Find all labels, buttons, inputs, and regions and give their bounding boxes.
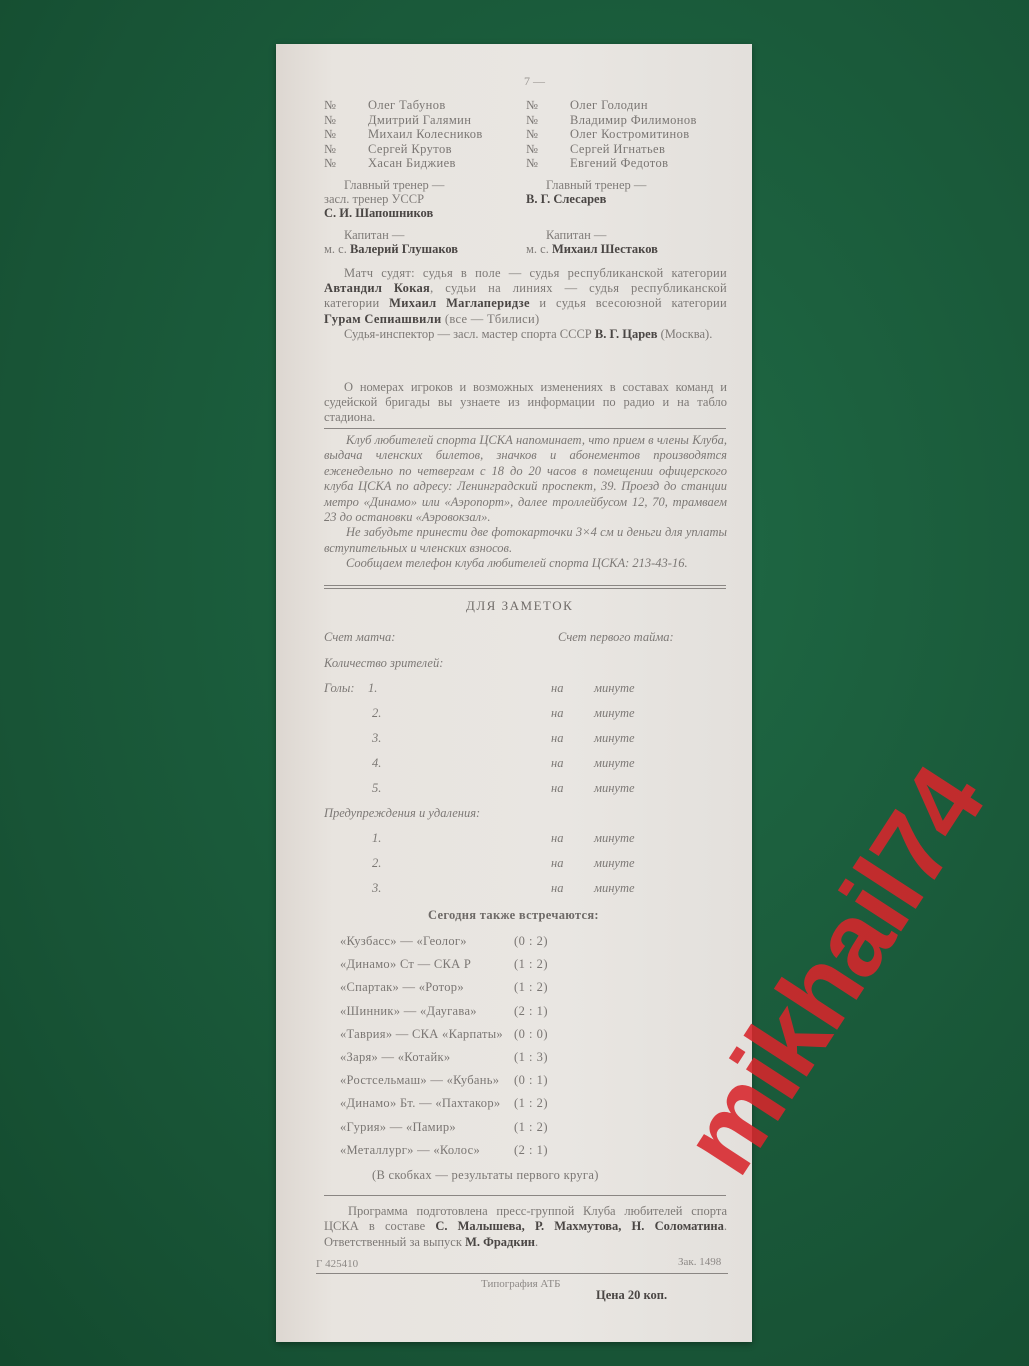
captain-role: Капитан —	[324, 228, 458, 242]
info-paragraph: О номерах игроков и возможных изменениях…	[324, 380, 727, 426]
goal-minute: минуте	[594, 681, 635, 696]
credits: Программа подготовлена пресс-группой Клу…	[324, 1204, 727, 1250]
imprint-order: Зак. 1498	[678, 1256, 721, 1268]
match-teams: «Спартак» — «Ротор»	[340, 980, 464, 995]
match-teams: «Таврия» — СКА «Карпаты»	[340, 1027, 503, 1042]
match-score: (0 : 1)	[514, 1073, 548, 1088]
goal-at: на	[551, 756, 563, 771]
captain-name: Валерий Глушаков	[350, 242, 458, 256]
first-half-score-label: Счет первого тайма:	[558, 630, 674, 645]
captain-home: Капитан — м. с. Валерий Глушаков	[324, 228, 458, 256]
goal-minute: минуте	[594, 781, 635, 796]
player-name: Сергей Крутов	[368, 142, 452, 156]
match-teams: «Кузбасс» — «Геолог»	[340, 934, 467, 949]
captain-away: Капитан — м. с. Михаил Шестаков	[526, 228, 658, 256]
card-minute: минуте	[594, 831, 635, 846]
head-coach-home: Главный тренер — засл. тренер УССР С. И.…	[324, 178, 444, 220]
goal-number: 2.	[372, 706, 381, 721]
goals-label: Голы:	[324, 681, 354, 696]
club-notice-paragraph: Не забудьте принести две фотокарточки 3×…	[324, 525, 727, 556]
goal-at: на	[551, 706, 563, 721]
player-name: Олег Табунов	[368, 98, 446, 112]
match-score: (2 : 1)	[514, 1004, 548, 1019]
referee-name: Михаил Маглаперидзе	[389, 296, 530, 310]
goal-number: 3.	[372, 731, 381, 746]
spectators-label: Количество зрителей:	[324, 656, 443, 671]
number-sign: №	[526, 156, 570, 171]
coach-title: засл. тренер УССР	[324, 192, 444, 206]
card-at: на	[551, 856, 563, 871]
club-notice-paragraph: Клуб любителей спорта ЦСКА напоминает, ч…	[324, 433, 727, 525]
other-matches-title: Сегодня также встречаются:	[428, 908, 599, 923]
goal-number: 4.	[372, 756, 381, 771]
match-teams: «Динамо» Бт. — «Пахтакор»	[340, 1096, 500, 1111]
player-name: Михаил Колесников	[368, 127, 483, 141]
referee-text: Матч судят: судья в поле — судья республ…	[344, 266, 727, 280]
coach-role: Главный тренер —	[526, 178, 646, 192]
match-score: (0 : 2)	[514, 934, 548, 949]
match-teams: «Металлург» — «Колос»	[340, 1143, 480, 1158]
player-name: Олег Костромитинов	[570, 127, 690, 141]
card-at: на	[551, 831, 563, 846]
roster-row: №Олег Голодин	[526, 98, 697, 113]
coach-name: В. Г. Слесарев	[526, 192, 646, 206]
number-sign: №	[526, 127, 570, 142]
roster-away: №Олег Голодин№Владимир Филимонов№Олег Ко…	[526, 98, 697, 171]
roster-row: №Михаил Колесников	[324, 127, 483, 142]
divider	[324, 588, 726, 589]
player-name: Хасан Биджиев	[368, 156, 456, 170]
roster-row: №Сергей Игнатьев	[526, 142, 697, 157]
roster-row: №Евгений Федотов	[526, 156, 697, 171]
inspector-name: В. Г. Царев	[595, 327, 658, 341]
program-page: 7 — №Олег Табунов№Дмитрий Галямин№Михаил…	[276, 44, 752, 1342]
number-sign: №	[526, 98, 570, 113]
number-sign: №	[324, 156, 368, 171]
captain-title: м. с.	[526, 242, 549, 256]
player-name: Сергей Игнатьев	[570, 142, 665, 156]
referee-text: (все — Тбилиси)	[441, 312, 539, 326]
price: Цена 20 коп.	[596, 1288, 667, 1303]
inspector-text: Судья-инспектор — засл. мастер спорта СС…	[344, 327, 595, 341]
match-teams: «Динамо» Ст — СКА Р	[340, 957, 471, 972]
inspector-text: (Москва).	[657, 327, 712, 341]
match-score: (1 : 3)	[514, 1050, 548, 1065]
card-at: на	[551, 881, 563, 896]
divider	[324, 428, 726, 429]
match-score: (1 : 2)	[514, 1096, 548, 1111]
captain-role: Капитан —	[526, 228, 658, 242]
coach-role: Главный тренер —	[324, 178, 444, 192]
number-sign: №	[526, 142, 570, 157]
roster-row: №Владимир Филимонов	[526, 113, 697, 128]
roster-row: №Олег Костромитинов	[526, 127, 697, 142]
roster-row: №Олег Табунов	[324, 98, 483, 113]
goal-minute: минуте	[594, 706, 635, 721]
match-teams: «Гурия» — «Памир»	[340, 1120, 456, 1135]
divider	[324, 1195, 726, 1196]
head-coach-away: Главный тренер — В. Г. Слесарев	[526, 178, 646, 206]
match-score: (0 : 0)	[514, 1027, 548, 1042]
credits-text: .	[535, 1235, 538, 1249]
goal-number: 5.	[372, 781, 381, 796]
notes-title: ДЛЯ ЗАМЕТОК	[466, 598, 573, 614]
divider	[324, 585, 726, 586]
match-teams: «Ростсельмаш» — «Кубань»	[340, 1073, 499, 1088]
card-number: 1.	[372, 831, 381, 846]
captain-title: м. с.	[324, 242, 347, 256]
match-teams: «Заря» — «Котайк»	[340, 1050, 450, 1065]
card-number: 3.	[372, 881, 381, 896]
card-number: 2.	[372, 856, 381, 871]
club-notice: Клуб любителей спорта ЦСКА напоминает, ч…	[324, 433, 727, 572]
referee-name: Гурам Сепиашвили	[324, 312, 441, 326]
imprint-code: Г 425410	[316, 1258, 358, 1270]
goal-minute: минуте	[594, 731, 635, 746]
player-name: Дмитрий Галямин	[368, 113, 471, 127]
match-score: (1 : 2)	[514, 980, 548, 995]
card-minute: минуте	[594, 856, 635, 871]
number-sign: №	[324, 142, 368, 157]
credits-names: С. Малышева, Р. Махмутова, Н. Соломатина	[435, 1219, 724, 1233]
goal-number: 1.	[368, 681, 377, 696]
match-score: (1 : 2)	[514, 957, 548, 972]
number-sign: №	[324, 127, 368, 142]
match-score: (2 : 1)	[514, 1143, 548, 1158]
roster-row: №Дмитрий Галямин	[324, 113, 483, 128]
number-sign: №	[526, 113, 570, 128]
referee-text: и судья всесоюзной категории	[530, 296, 727, 310]
divider	[316, 1273, 728, 1274]
captain-name: Михаил Шестаков	[552, 242, 658, 256]
matches-footnote: (В скобках — результаты первого круга)	[372, 1168, 599, 1183]
match-score: (1 : 2)	[514, 1120, 548, 1135]
cards-label: Предупреждения и удаления:	[324, 806, 480, 821]
goal-minute: минуте	[594, 756, 635, 771]
imprint-printer: Типография АТБ	[481, 1278, 560, 1290]
match-teams: «Шинник» — «Даугава»	[340, 1004, 477, 1019]
number-sign: №	[324, 113, 368, 128]
referee-name: Автандил Кокая	[324, 281, 430, 295]
club-notice-paragraph: Сообщаем телефон клуба любителей спорта …	[324, 556, 727, 571]
goal-at: на	[551, 781, 563, 796]
page-number: 7 —	[524, 74, 545, 89]
player-name: Олег Голодин	[570, 98, 648, 112]
roster-home: №Олег Табунов№Дмитрий Галямин№Михаил Кол…	[324, 98, 483, 171]
player-name: Владимир Филимонов	[570, 113, 697, 127]
coach-name: С. И. Шапошников	[324, 206, 444, 220]
roster-row: №Хасан Биджиев	[324, 156, 483, 171]
goal-at: на	[551, 681, 563, 696]
goal-at: на	[551, 731, 563, 746]
roster-row: №Сергей Крутов	[324, 142, 483, 157]
credits-editor: М. Фрадкин	[465, 1235, 535, 1249]
card-minute: минуте	[594, 881, 635, 896]
player-name: Евгений Федотов	[570, 156, 668, 170]
referees-paragraph: Матч судят: судья в поле — судья республ…	[324, 266, 727, 342]
number-sign: №	[324, 98, 368, 113]
match-score-label: Счет матча:	[324, 630, 395, 645]
